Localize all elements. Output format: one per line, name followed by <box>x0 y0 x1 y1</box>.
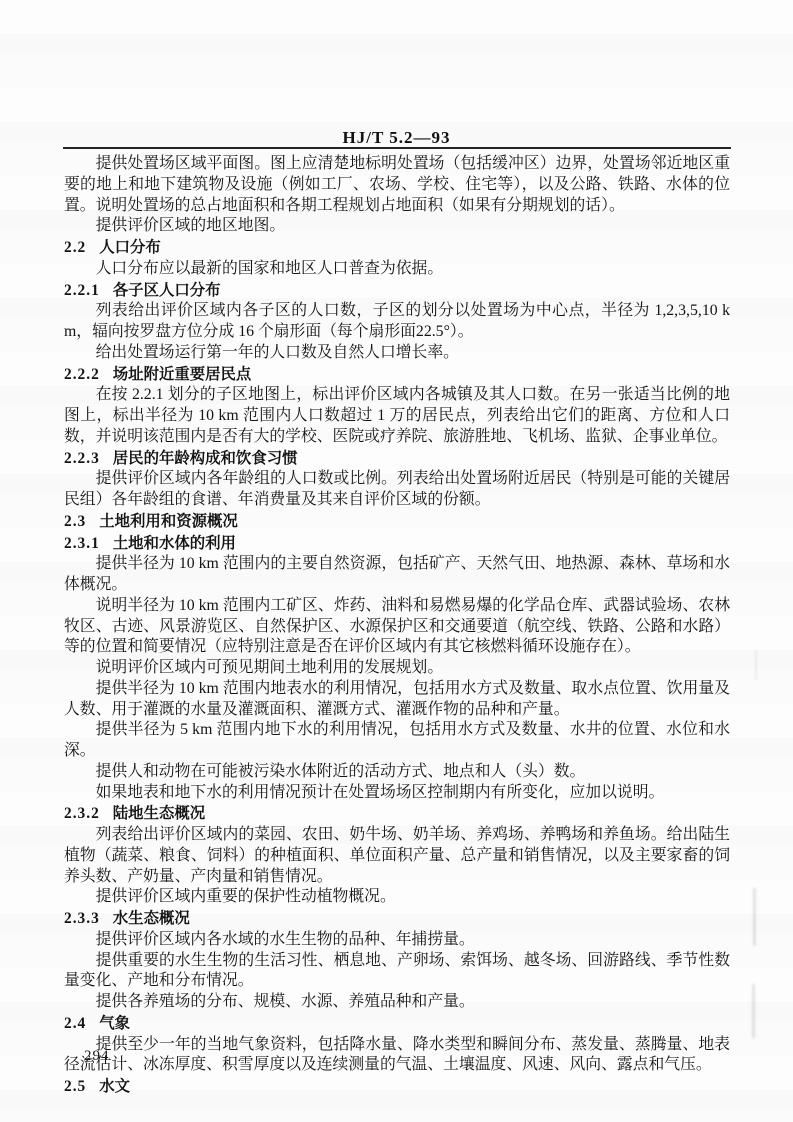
section-number: 2.2.2 <box>64 366 100 383</box>
section-heading-2-2: 2.2人口分布 <box>64 237 730 259</box>
section-number: 2.4 <box>64 1015 86 1032</box>
content-area: 提供处置场区域平面图。图上应清楚地标明处置场（包括缓冲区）边界，处置场邻近地区重… <box>64 154 730 1098</box>
section-number: 2.3.1 <box>64 535 100 552</box>
paragraph: 提供评价区域内各年龄组的人口数或比例。列表给出处置场附近居民（特别是可能的关键居… <box>64 469 730 511</box>
section-number: 2.3.2 <box>64 805 100 822</box>
section-heading-2-2-1: 2.2.1各子区人口分布 <box>64 280 730 302</box>
paragraph: 列表给出评价区域内各子区的人口数，子区的划分以处置场为中心点，半径为 1,2,3… <box>64 301 730 343</box>
section-number: 2.2.1 <box>64 282 100 299</box>
section-number: 2.2.3 <box>64 450 100 467</box>
section-number: 2.2 <box>64 239 86 256</box>
paragraph: 给出处置场运行第一年的人口数及自然人口增长率。 <box>64 343 730 364</box>
section-heading-2-3: 2.3土地利用和资源概况 <box>64 511 730 533</box>
section-title: 气象 <box>99 1014 130 1032</box>
standard-number: HJ/T 5.2—93 <box>0 128 793 148</box>
section-title: 水文 <box>99 1077 130 1095</box>
paragraph: 说明半径为 10 km 范围内工矿区、炸药、油料和易燃易爆的化学品仓库、武器试验… <box>64 596 730 658</box>
paragraph: 提供人和动物在可能被污染水体附近的活动方式、地点和人（头）数。 <box>64 762 730 783</box>
paragraph: 提供评价区域内重要的保护性动植物概况。 <box>64 887 730 908</box>
paragraph: 提供半径为 10 km 范围内地表水的利用情况，包括用水方式及数量、取水点位置、… <box>64 679 730 721</box>
scan-smudge <box>752 984 755 1038</box>
paragraph: 在按 2.2.1 划分的子区地图上，标出评价区域内各城镇及其人口数。在另一张适当… <box>64 385 730 447</box>
section-title: 陆地生态概况 <box>113 804 205 822</box>
page-number: 294 <box>84 1048 110 1065</box>
paragraph: 提供半径为 5 km 范围内地下水的利用情况，包括用水方式及数量、水井的位置、水… <box>64 720 730 762</box>
paragraph: 提供至少一年的当地气象资料，包括降水量、降水类型和瞬间分布、蒸发量、蒸腾量、地表… <box>64 1035 730 1077</box>
paragraph: 如果地表和地下水的利用情况预计在处置场场区控制期内有所变化，应加以说明。 <box>64 783 730 804</box>
document-page: HJ/T 5.2—93 提供处置场区域平面图。图上应清楚地标明处置场（包括缓冲区… <box>0 0 793 1122</box>
paragraph: 提供半径为 10 km 范围内的主要自然资源，包括矿产、天然气田、地热源、森林、… <box>64 554 730 596</box>
section-number: 2.3.3 <box>64 910 100 927</box>
section-number: 2.3 <box>64 513 86 530</box>
paragraph: 说明评价区域内可预见期间土地利用的发展规划。 <box>64 658 730 679</box>
section-heading-2-4: 2.4气象 <box>64 1013 730 1035</box>
section-title: 人口分布 <box>99 238 161 256</box>
section-heading-2-2-3: 2.2.3居民的年龄构成和饮食习惯 <box>64 448 730 470</box>
section-heading-2-3-3: 2.3.3水生态概况 <box>64 908 730 930</box>
paragraph: 提供评价区域内各水域的水生生物的品种、年捕捞量。 <box>64 930 730 951</box>
paragraph: 提供重要的水生生物的生活习性、栖息地、产卵场、索饵场、越冬场、回游路线、季节性数… <box>64 951 730 993</box>
section-number: 2.5 <box>64 1078 86 1095</box>
header-rule <box>63 147 731 149</box>
section-title: 场址附近重要居民点 <box>113 365 252 383</box>
section-heading-2-5: 2.5水文 <box>64 1076 730 1098</box>
section-heading-2-2-2: 2.2.2场址附近重要居民点 <box>64 364 730 386</box>
paragraph: 提供各养殖场的分布、规模、水源、养殖品种和产量。 <box>64 992 730 1013</box>
scan-smudge <box>753 888 756 946</box>
section-heading-2-3-1: 2.3.1土地和水体的利用 <box>64 533 730 555</box>
section-title: 水生态概况 <box>113 909 190 927</box>
paragraph: 提供处置场区域平面图。图上应清楚地标明处置场（包括缓冲区）边界，处置场邻近地区重… <box>64 154 730 216</box>
section-title: 土地和水体的利用 <box>113 534 236 552</box>
section-title: 土地利用和资源概况 <box>99 512 238 530</box>
section-title: 各子区人口分布 <box>113 281 221 299</box>
paragraph: 列表给出评价区域内的菜园、农田、奶牛场、奶羊场、养鸡场、养鸭场和养鱼场。给出陆生… <box>64 825 730 887</box>
scan-smudge <box>755 650 757 680</box>
section-title: 居民的年龄构成和饮食习惯 <box>113 449 298 467</box>
paragraph: 提供评价区域的地区地图。 <box>64 216 730 237</box>
section-heading-2-3-2: 2.3.2陆地生态概况 <box>64 803 730 825</box>
paragraph: 人口分布应以最新的国家和地区人口普查为依据。 <box>64 259 730 280</box>
